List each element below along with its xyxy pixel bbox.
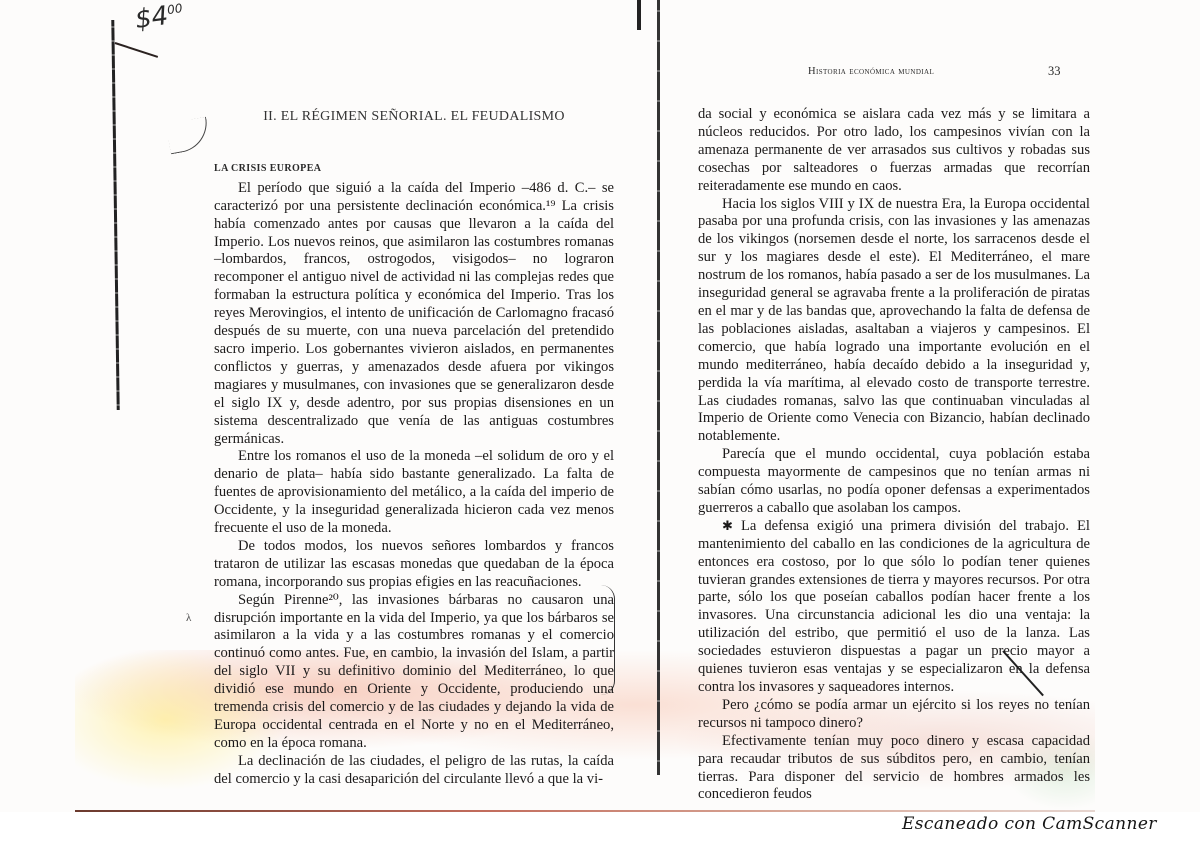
right-page: da social y económica se aislara cada ve… [698,106,1090,804]
margin-mark: λ [186,612,191,624]
pen-arc-mark [166,117,212,155]
running-head: Historia económica mundial [808,66,934,77]
paragraph: Parecía que el mundo occidental, cuya po… [698,446,1090,518]
paragraph: De todos modos, los nuevos señores lomba… [214,538,614,592]
paragraph: Pero ¿cómo se podía armar un ejército si… [698,697,1090,733]
chapter-title: II. EL RÉGIMEN SEÑORIAL. EL FEUDALISMO [214,108,614,126]
book-fold-top [637,0,641,30]
paragraph: El período que siguió a la caída del Imp… [214,180,614,449]
scanned-book-spread: $400 λ II. EL RÉGIMEN SEÑORIAL. EL FEUDA… [0,0,1200,812]
book-fold [657,0,660,775]
paragraph: Entre los romanos el uso de la moneda –e… [214,448,614,538]
page-number: 33 [1048,64,1061,79]
paragraph: La declinación de las ciudades, el pelig… [214,753,614,789]
left-page: II. EL RÉGIMEN SEÑORIAL. EL FEUDALISMO L… [214,108,614,789]
paragraph-starred: ✱ La defensa exigió una primera división… [698,518,1090,697]
paragraph: da social y económica se aislara cada ve… [698,106,1090,196]
pen-stroke-mark [115,42,158,58]
paragraph: Efectivamente tenían muy poco dinero y e… [698,733,1090,805]
page-left-edge [111,20,119,410]
handwritten-price: $400 [133,0,185,35]
page-bottom-edge [75,810,1095,812]
paragraph: Hacia los siglos VIII y IX de nuestra Er… [698,196,1090,447]
paragraph-text: La defensa exigió una primera división d… [698,518,1090,695]
star-mark-icon: ✱ [722,519,733,534]
camscanner-watermark: Escaneado con CamScanner [902,814,1157,834]
section-title: LA CRISIS EUROPEA [214,160,614,178]
paragraph: Según Pirenne²⁰, las invasiones bárbaras… [214,592,614,753]
